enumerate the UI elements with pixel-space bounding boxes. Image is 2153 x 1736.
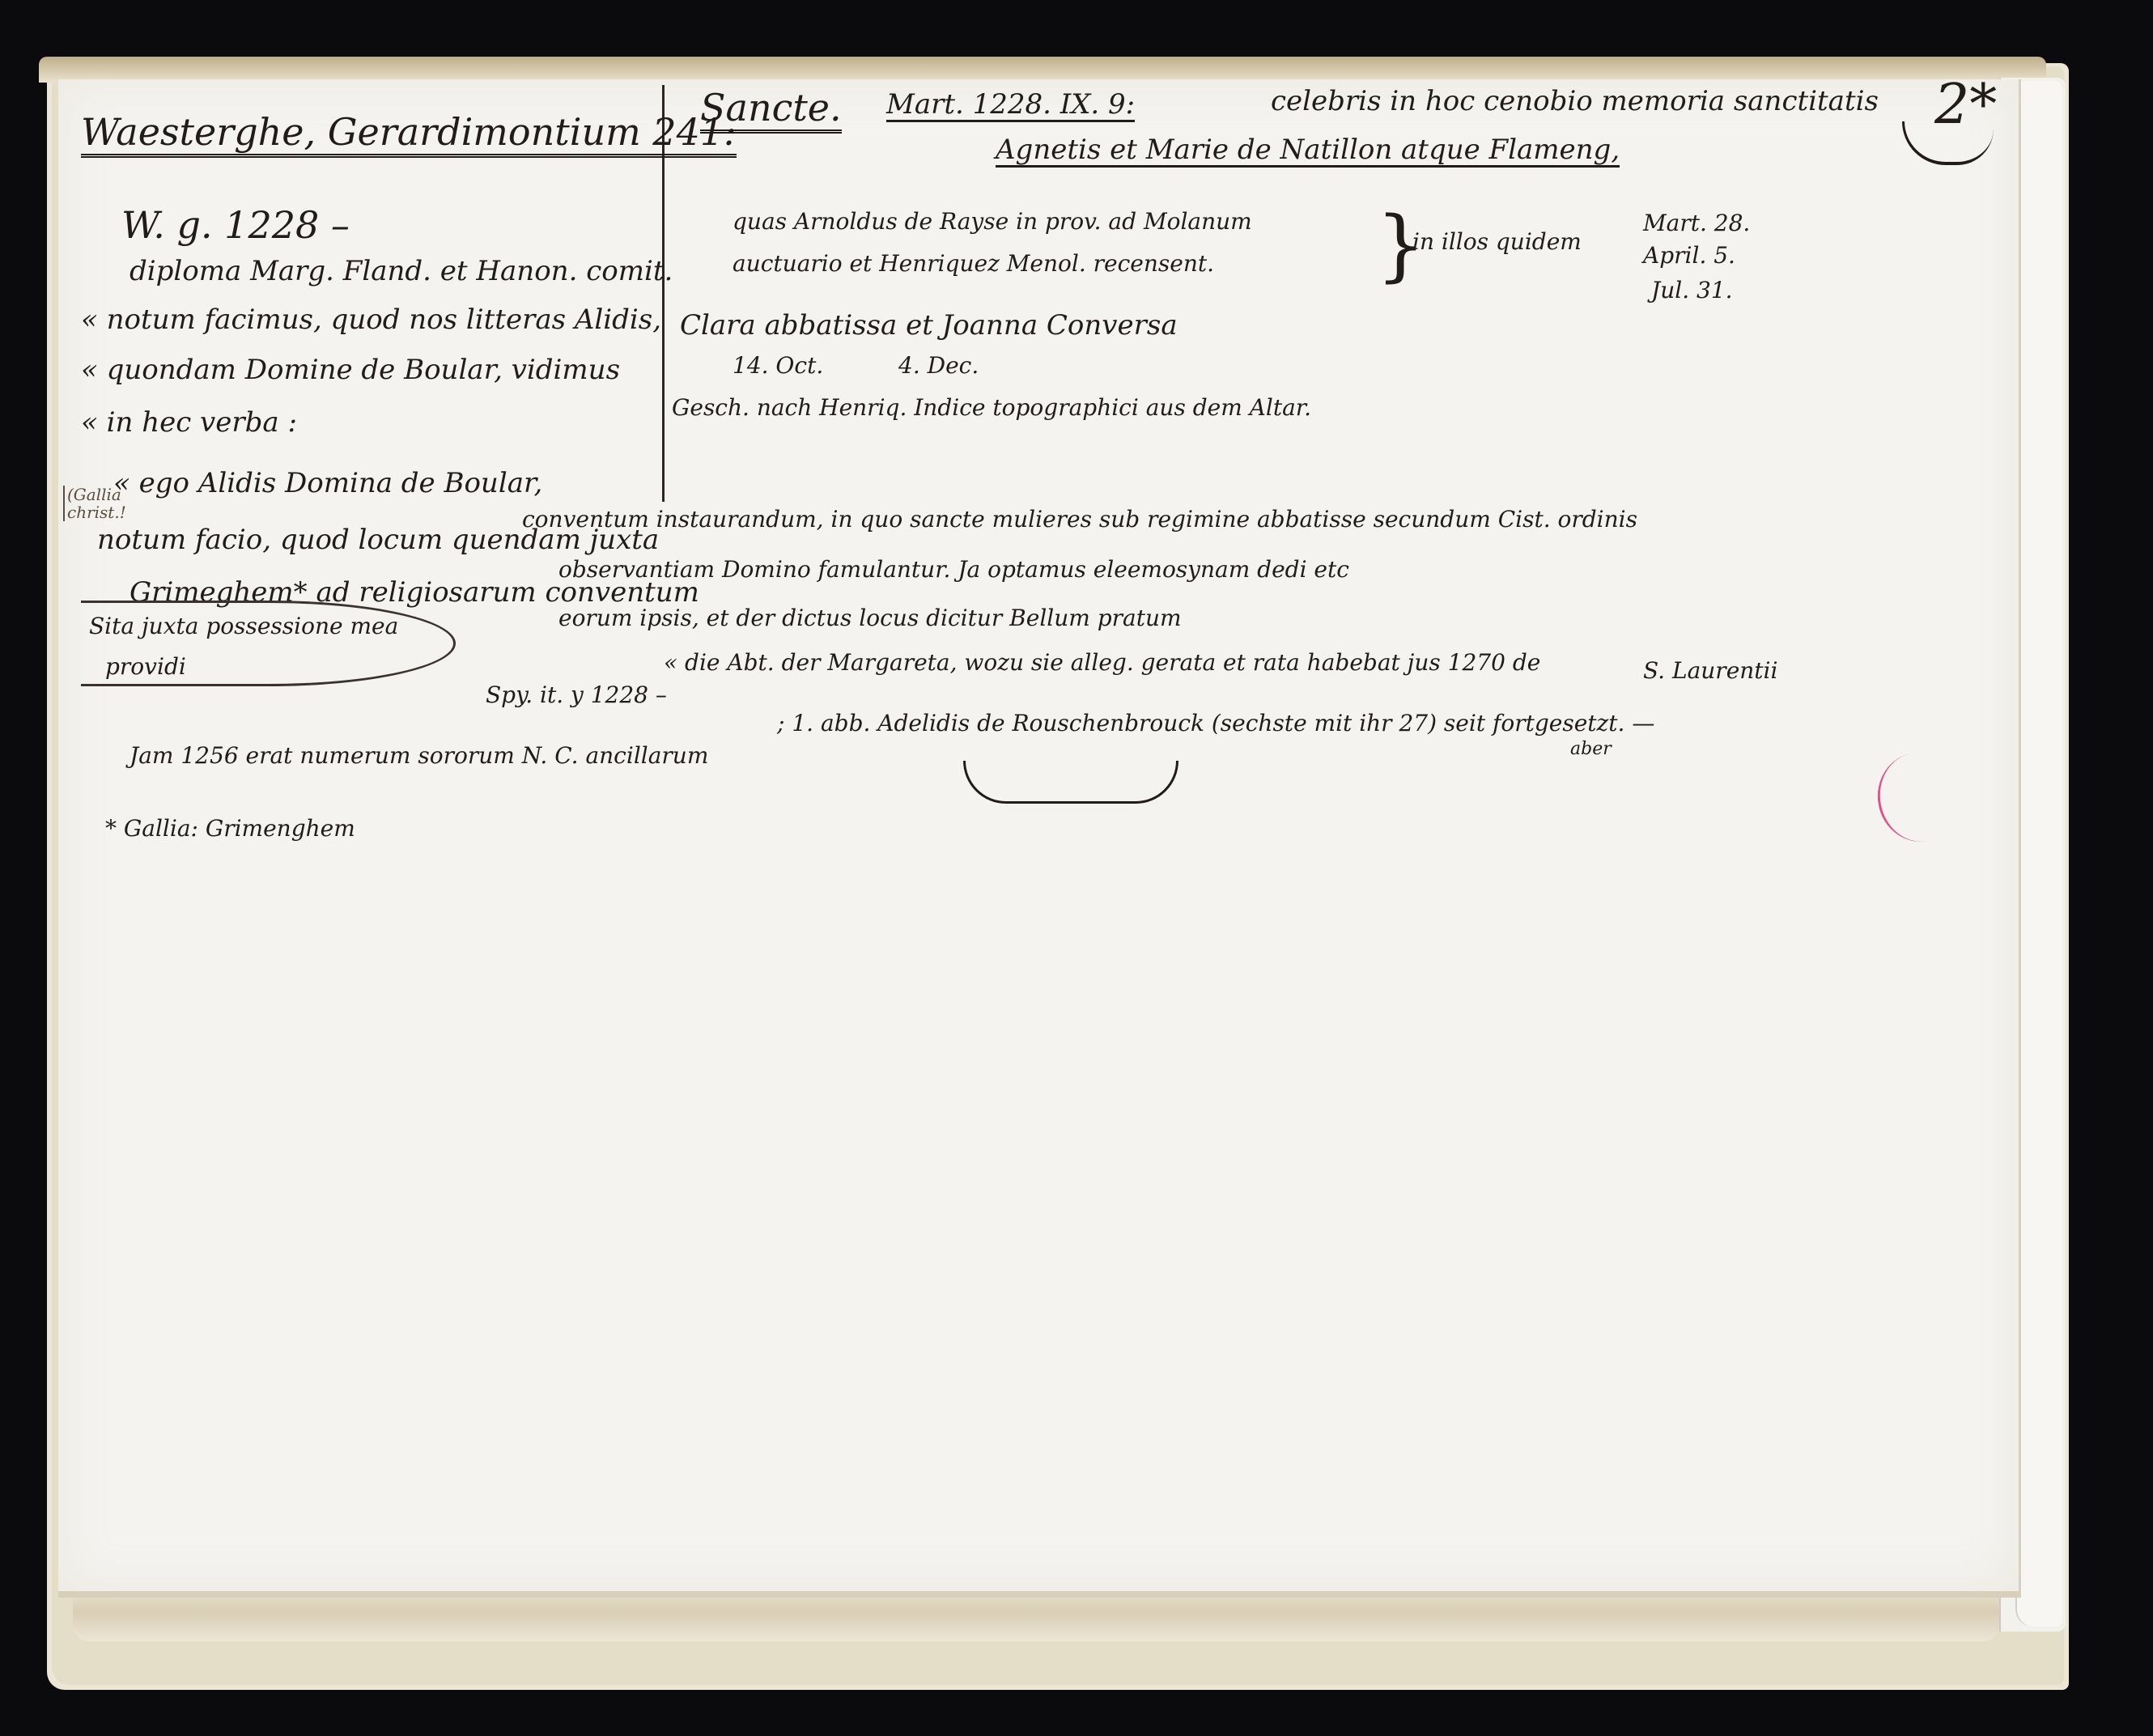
continuation-line-4: « die Abt. der Margareta, wozu sie alleg…: [664, 652, 1540, 674]
flourish-icon: [963, 761, 1178, 804]
right-entry-line-2: Agnetis et Marie de Natillon atque Flame…: [996, 136, 1620, 168]
right-heading: Sancte.: [700, 89, 842, 134]
quas-line-2: auctuario et Henriquez Menol. recensent.: [733, 253, 1214, 275]
margin-note-gallia: (Gallia christ.!: [63, 486, 126, 521]
circled-note-line-1: Sita juxta possessione mea: [89, 615, 398, 638]
date-april: April. 5.: [1643, 244, 1735, 267]
left-line-1: diploma Marg. Fland. et Hanon. comit.: [130, 257, 673, 285]
continuation-line-2: observantiam Domino famulantur. Ja optam…: [558, 558, 1349, 581]
continuation-line-4b: S. Laurentii: [1643, 660, 1777, 682]
continuation-line-5: Spy. it. y 1228 –: [486, 684, 667, 707]
right-entry-line-1: celebris in hoc cenobio memoria sanctita…: [1271, 87, 1879, 115]
left-line-4: « in hec verba :: [81, 409, 297, 436]
left-date-line: W. g. 1228 –: [121, 206, 350, 244]
date-jul: Jul. 31.: [1651, 279, 1733, 302]
footnote: * Gallia: Grimenghem: [105, 817, 355, 840]
date-mart: Mart. 28.: [1643, 212, 1750, 235]
joanna-date: 4. Dec.: [898, 354, 979, 377]
continuation-line-3: eorum ipsis, et der dictus locus dicitur…: [558, 607, 1182, 630]
right-heading-entry: Mart. 1228. IX. 9:: [886, 91, 1135, 122]
henriq-line: Gesch. nach Henriq. Indice topographici …: [672, 397, 1311, 419]
margin-note-line-1: (Gallia: [67, 486, 126, 503]
left-heading: Waesterghe, Gerardimontium 241:: [81, 113, 737, 158]
circled-note-line-2: providi: [105, 656, 186, 678]
continuation-line-1: conventum instaurandum, in quo sancte mu…: [522, 508, 1637, 531]
left-line-2: « notum facimus, quod nos litteras Alidi…: [81, 306, 661, 333]
brace-text: in illos quidem: [1412, 231, 1582, 253]
left-line-5: « ego Alidis Domina de Boular,: [113, 469, 542, 497]
left-line-3: « quondam Domine de Boular, vidimus: [81, 356, 620, 384]
clara-line: Clara abbatissa et Joanna Conversa: [680, 312, 1178, 339]
clara-date: 14. Oct.: [733, 354, 823, 377]
left-bottom-line: Jam 1256 erat numerum sororum N. C. anci…: [130, 745, 708, 767]
page-stack-right-edge-outer: [2015, 81, 2062, 1627]
book-bottom-edge: [73, 1593, 1999, 1641]
continuation-line-6-sub: aber: [1570, 741, 1612, 758]
quas-line-1: quas Arnoldus de Rayse in prov. ad Molan…: [733, 210, 1252, 233]
continuation-line-6: ; 1. abb. Adelidis de Rouschenbrouck (se…: [777, 712, 1654, 735]
margin-note-line-2: christ.!: [67, 503, 126, 521]
